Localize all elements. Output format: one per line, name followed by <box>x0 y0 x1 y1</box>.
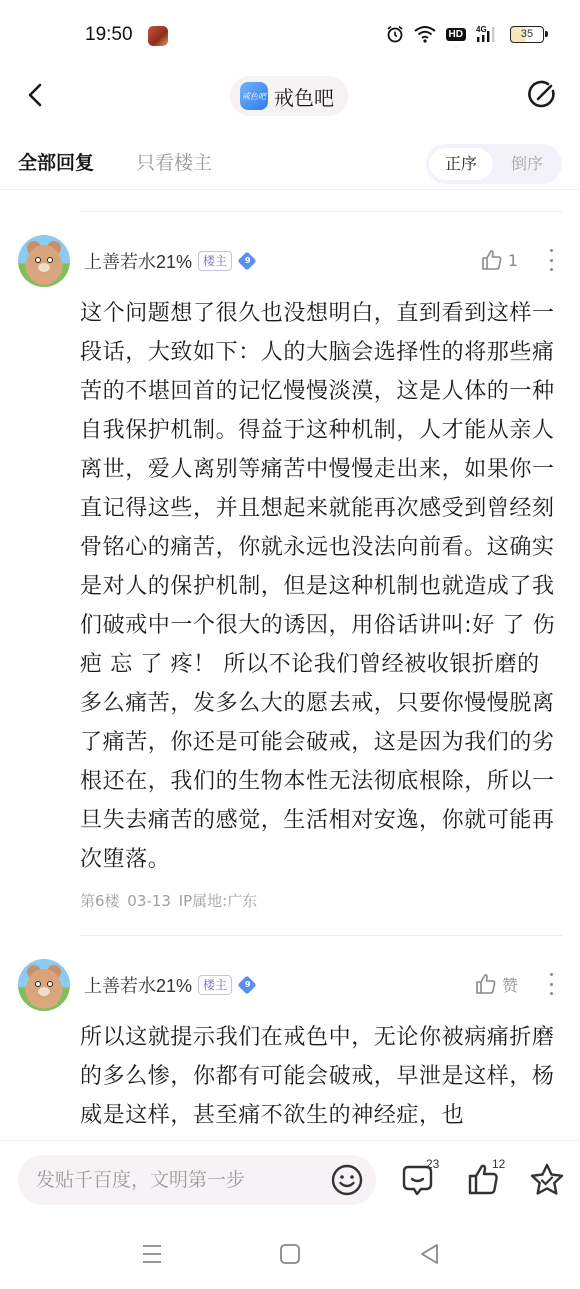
user-info: 上善若水21% 楼主 9 <box>84 972 256 998</box>
sort-order-toggle: 正序 倒序 <box>426 144 562 184</box>
username[interactable]: 上善若水21% <box>84 972 192 998</box>
thumbs-up-icon <box>480 248 504 272</box>
game-app-notification-icon <box>148 26 168 46</box>
tab-all-replies[interactable]: 全部回复 <box>18 148 94 175</box>
like-label: 赞 <box>502 973 518 996</box>
more-options-button[interactable] <box>548 973 554 995</box>
like-count: 12 <box>492 1157 505 1171</box>
top-nav-bar: 戒色吧 戒色吧 <box>0 72 580 120</box>
wifi-icon <box>414 25 436 43</box>
avatar[interactable] <box>18 235 70 287</box>
emoji-icon[interactable] <box>330 1163 364 1197</box>
like-button[interactable]: 赞 <box>474 972 518 996</box>
status-bar: 19:50 HD 4G 35 <box>0 0 580 72</box>
post-meta: 第6楼 03-13 IP属地:广东 <box>80 890 257 911</box>
back-icon[interactable] <box>418 1242 442 1266</box>
alarm-icon <box>386 25 404 43</box>
comments-button[interactable]: 23 <box>400 1161 438 1199</box>
op-badge: 楼主 <box>198 975 232 995</box>
sort-ascending-button[interactable]: 正序 <box>429 148 493 180</box>
like-count: 1 <box>508 251 518 270</box>
status-icons: HD 4G 35 <box>386 25 544 43</box>
sort-descending-button[interactable]: 倒序 <box>495 148 559 180</box>
reply-filter-tabs: 全部回复 只看楼主 正序 倒序 <box>0 140 580 190</box>
like-thread-button[interactable]: 12 <box>466 1161 504 1199</box>
forum-title-button[interactable]: 戒色吧 戒色吧 <box>230 76 348 116</box>
level-badge-icon: 9 <box>238 251 257 270</box>
favorite-star-icon[interactable] <box>528 1161 566 1199</box>
post-divider <box>80 211 562 212</box>
thumbs-up-icon <box>474 972 498 996</box>
avatar[interactable] <box>18 959 70 1011</box>
system-navigation-bar <box>0 1218 580 1289</box>
forum-name: 戒色吧 <box>274 82 334 111</box>
more-options-button[interactable] <box>548 249 554 271</box>
reply-bar: 23 12 <box>0 1140 580 1218</box>
svg-text:4G: 4G <box>476 25 487 34</box>
post-content: 这个问题想了很久也没想明白，直到看到这样一段话，大致如下：人的大脑会选择性的将那… <box>80 294 558 879</box>
username[interactable]: 上善若水21% <box>84 248 192 274</box>
share-icon[interactable] <box>526 79 558 111</box>
like-button[interactable]: 1 <box>480 248 518 272</box>
hd-voice-icon: HD <box>446 28 466 41</box>
forum-logo-icon: 戒色吧 <box>240 82 268 110</box>
status-time: 19:50 <box>85 24 133 46</box>
recent-apps-icon[interactable] <box>140 1242 164 1266</box>
comment-count: 23 <box>426 1157 439 1171</box>
post-divider <box>80 935 562 936</box>
battery-indicator: 35 <box>510 26 544 43</box>
post-content: 所以这就提示我们在戒色中，无论你被病痛折磨的多么惨，你都有可能会破戒，早泄是这样… <box>80 1018 558 1135</box>
reply-input[interactable] <box>18 1155 376 1205</box>
op-badge: 楼主 <box>198 251 232 271</box>
back-arrow-icon[interactable] <box>22 80 52 110</box>
signal-4g-icon: 4G <box>476 25 500 43</box>
user-info: 上善若水21% 楼主 9 <box>84 248 256 274</box>
level-badge-icon: 9 <box>238 975 257 994</box>
home-icon[interactable] <box>278 1242 302 1266</box>
tab-op-only[interactable]: 只看楼主 <box>136 148 212 175</box>
